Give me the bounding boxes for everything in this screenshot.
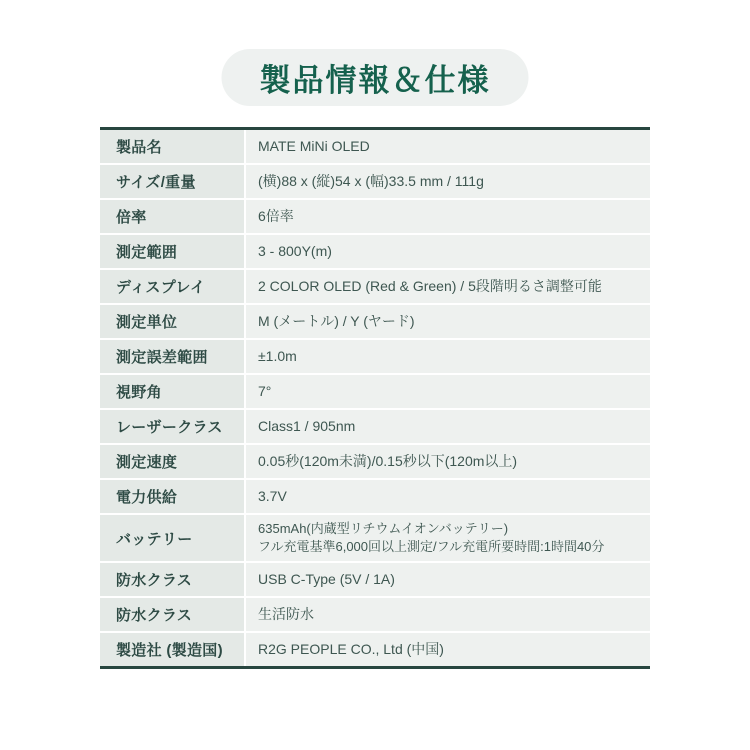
spec-label: 防水クラス — [100, 563, 246, 596]
spec-label: 測定範囲 — [100, 235, 246, 268]
table-row-measuring-range: 測定範囲 3 - 800Y(m) — [100, 235, 650, 270]
spec-table: 製品名 MATE MiNi OLED サイズ/重量 (横)88 x (縦)54 … — [100, 127, 650, 669]
spec-value: Class1 / 905nm — [246, 410, 650, 443]
table-row-size-weight: サイズ/重量 (横)88 x (縦)54 x (幅)33.5 mm / 111g — [100, 165, 650, 200]
spec-value: M (メートル) / Y (ヤード) — [246, 305, 650, 338]
spec-value: MATE MiNi OLED — [246, 130, 650, 163]
spec-value: USB C-Type (5V / 1A) — [246, 563, 650, 596]
spec-label: バッテリー — [100, 515, 246, 561]
table-row-manufacturer: 製造社 (製造国) R2G PEOPLE CO., Ltd (中国) — [100, 633, 650, 666]
spec-value: 2 COLOR OLED (Red & Green) / 5段階明るさ調整可能 — [246, 270, 650, 303]
table-row-charging: 防水クラス USB C-Type (5V / 1A) — [100, 563, 650, 598]
table-row-laser-class: レーザークラス Class1 / 905nm — [100, 410, 650, 445]
spec-label: 測定誤差範囲 — [100, 340, 246, 373]
spec-value: (横)88 x (縦)54 x (幅)33.5 mm / 111g — [246, 165, 650, 198]
spec-label: レーザークラス — [100, 410, 246, 443]
table-row-product-name: 製品名 MATE MiNi OLED — [100, 130, 650, 165]
table-row-battery: バッテリー 635mAh(内蔵型リチウムイオンバッテリー) フル充電基準6,00… — [100, 515, 650, 563]
table-row-accuracy: 測定誤差範囲 ±1.0m — [100, 340, 650, 375]
table-row-display: ディスプレイ 2 COLOR OLED (Red & Green) / 5段階明… — [100, 270, 650, 305]
spec-value: 生活防水 — [246, 598, 650, 631]
table-row-measuring-speed: 測定速度 0.05秒(120m未満)/0.15秒以下(120m以上) — [100, 445, 650, 480]
spec-label: 測定速度 — [100, 445, 246, 478]
table-row-waterproof: 防水クラス 生活防水 — [100, 598, 650, 633]
spec-label: 視野角 — [100, 375, 246, 408]
spec-value: 3.7V — [246, 480, 650, 513]
spec-value: 0.05秒(120m未満)/0.15秒以下(120m以上) — [246, 445, 650, 478]
spec-label: 製品名 — [100, 130, 246, 163]
spec-label: サイズ/重量 — [100, 165, 246, 198]
spec-value: 635mAh(内蔵型リチウムイオンバッテリー) フル充電基準6,000回以上測定… — [246, 515, 650, 561]
spec-label: 倍率 — [100, 200, 246, 233]
spec-value: 7° — [246, 375, 650, 408]
spec-label: 測定単位 — [100, 305, 246, 338]
spec-value: R2G PEOPLE CO., Ltd (中国) — [246, 633, 650, 666]
table-row-field-of-view: 視野角 7° — [100, 375, 650, 410]
spec-value: 6倍率 — [246, 200, 650, 233]
spec-label: 防水クラス — [100, 598, 246, 631]
table-row-power-supply: 電力供給 3.7V — [100, 480, 650, 515]
page-title: 製品情報＆仕様 — [260, 55, 491, 100]
table-row-measuring-unit: 測定単位 M (メートル) / Y (ヤード) — [100, 305, 650, 340]
title-badge: 製品情報＆仕様 — [222, 49, 529, 106]
spec-value: ±1.0m — [246, 340, 650, 373]
table-row-magnification: 倍率 6倍率 — [100, 200, 650, 235]
spec-label: 製造社 (製造国) — [100, 633, 246, 666]
spec-value: 3 - 800Y(m) — [246, 235, 650, 268]
spec-label: 電力供給 — [100, 480, 246, 513]
spec-label: ディスプレイ — [100, 270, 246, 303]
